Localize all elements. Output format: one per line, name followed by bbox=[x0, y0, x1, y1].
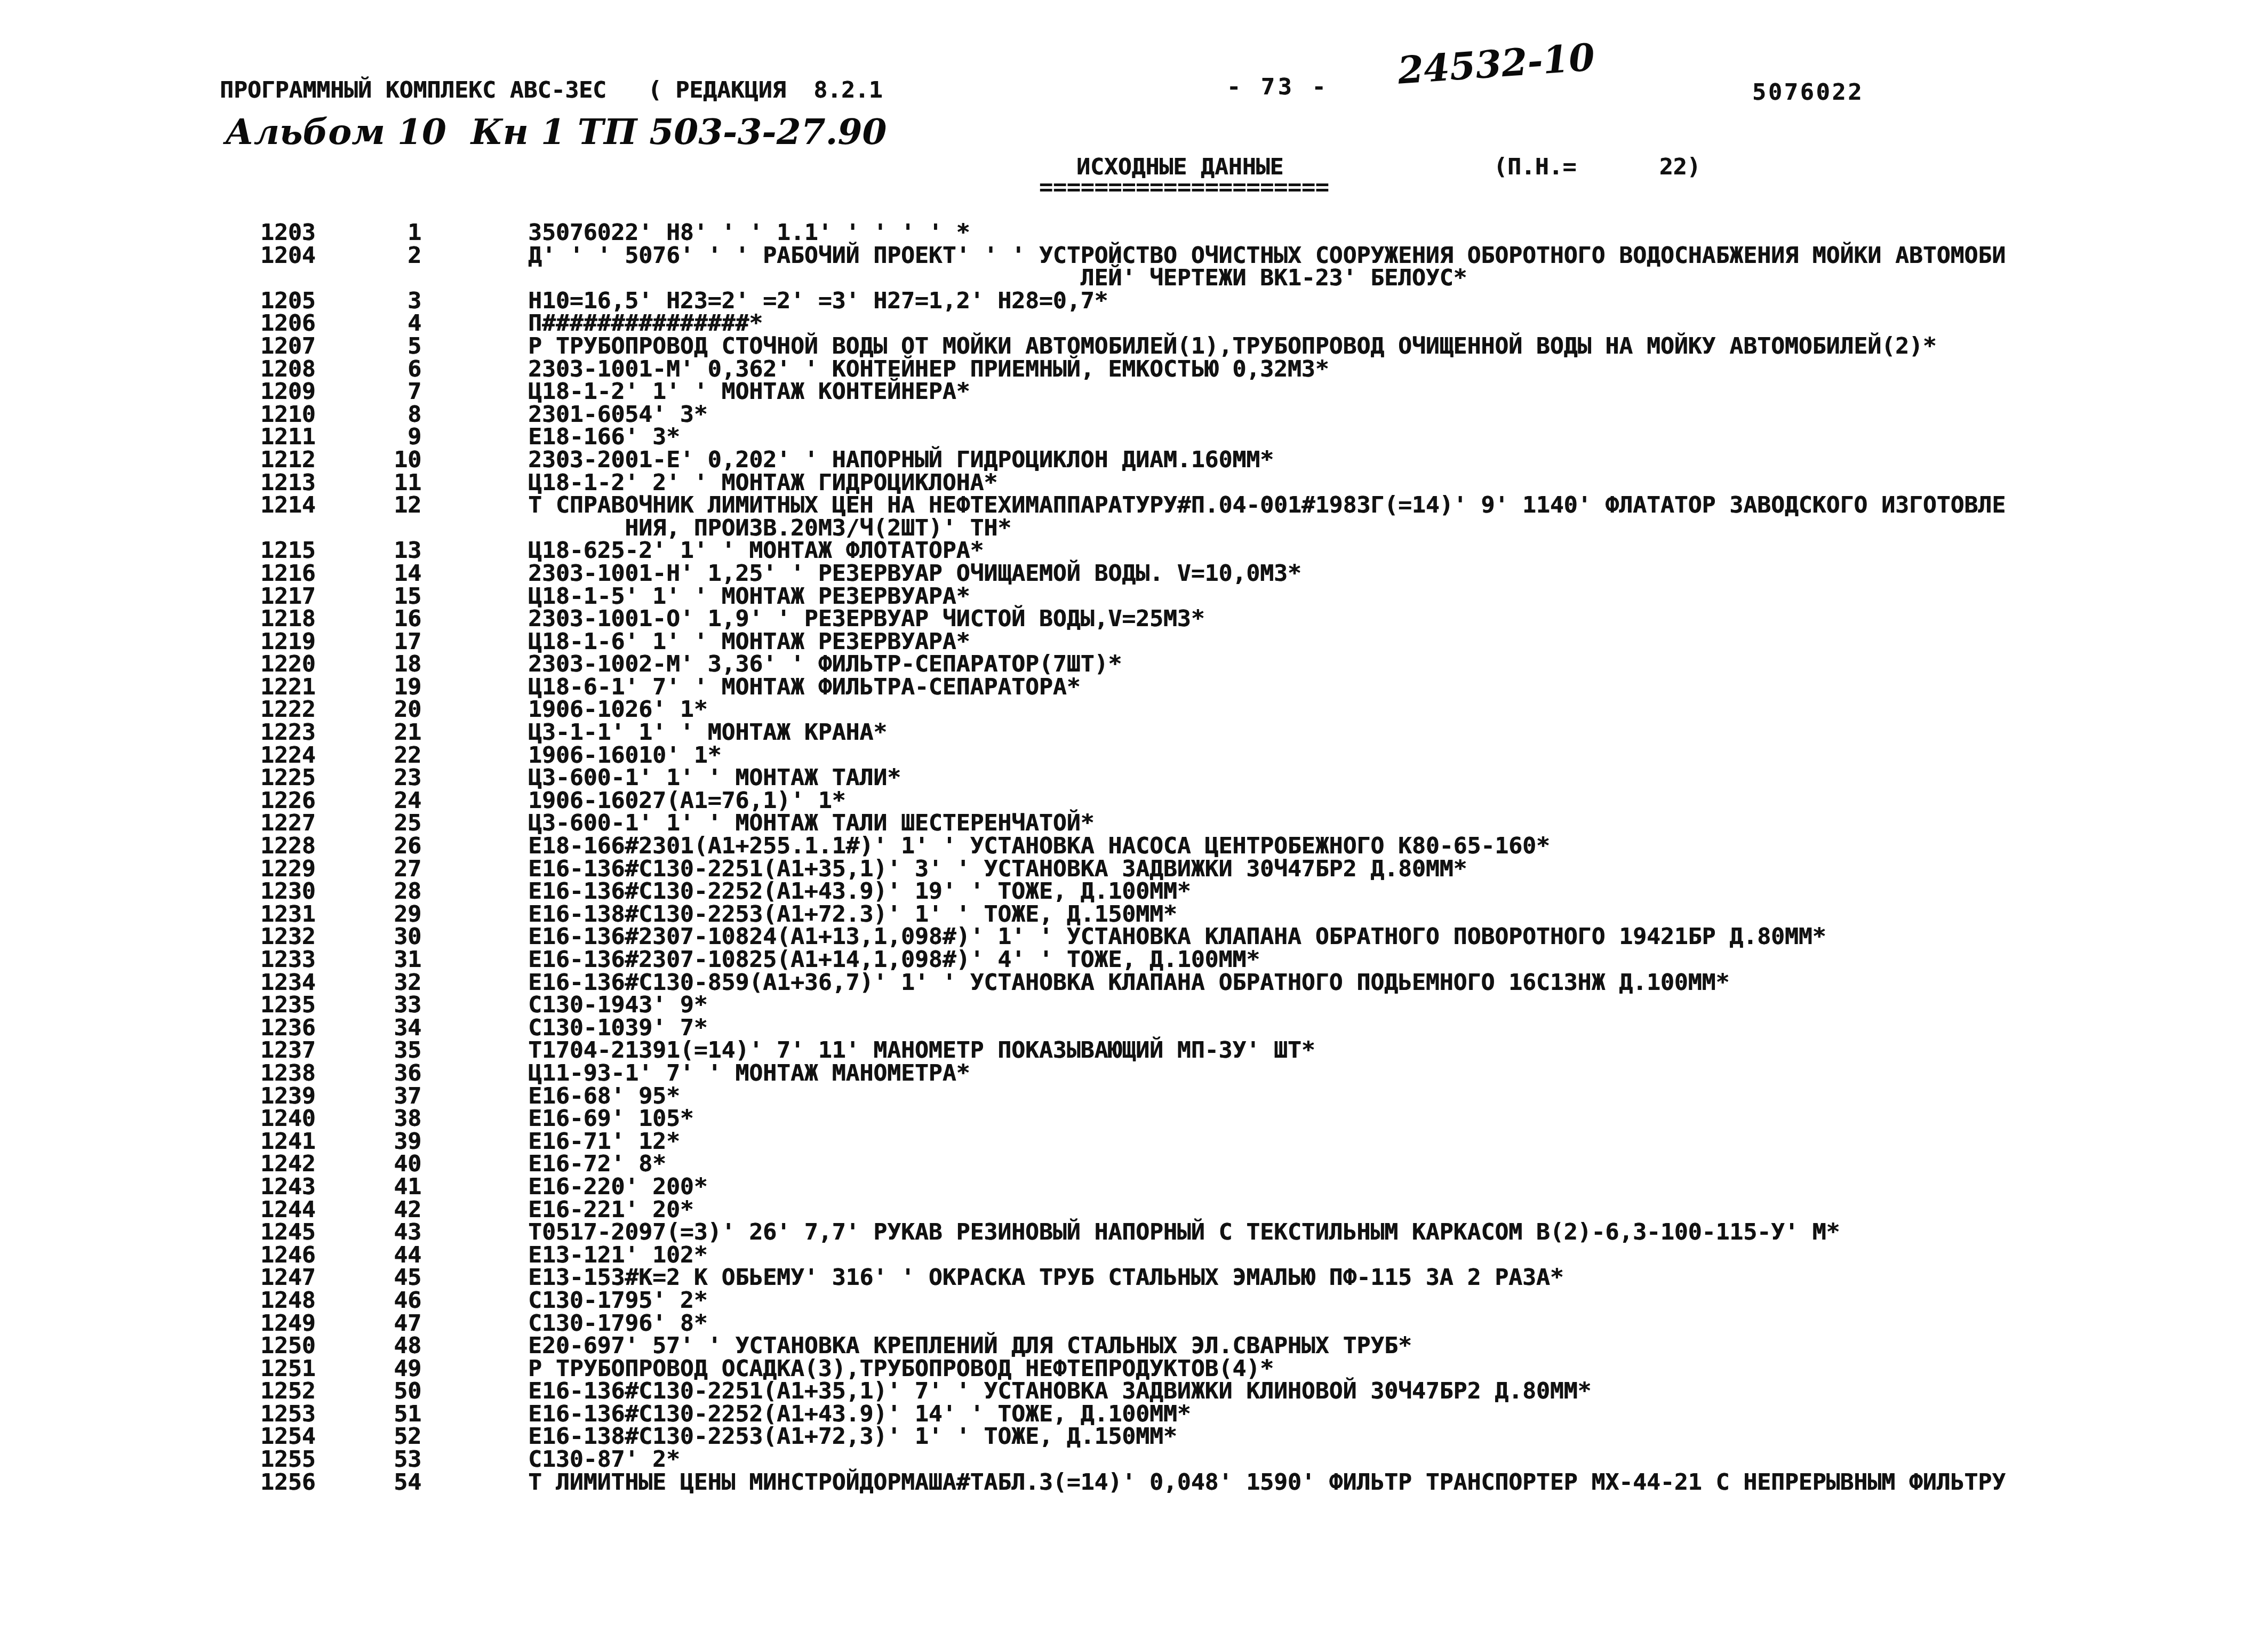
sequence-number: 33 bbox=[299, 994, 421, 1017]
line-text: Т ЛИМИТНЫЕ ЦЕНЫ МИНСТРОЙДОРМАША#ТАБЛ.3(=… bbox=[528, 1471, 2006, 1494]
line-text: 2303-1001-Н' 1,25' ' РЕЗЕРВУАР ОЧИЩАЕМОЙ… bbox=[528, 562, 1301, 585]
sequence-number: 2 bbox=[299, 244, 421, 267]
line-text: Е20-697' 57' ' УСТАНОВКА КРЕПЛЕНИЙ ДЛЯ С… bbox=[528, 1335, 1412, 1357]
sequence-number: 4 bbox=[299, 312, 421, 335]
sequence-number: 15 bbox=[299, 585, 421, 608]
line-text: Е16-72' 8* bbox=[528, 1153, 666, 1176]
sequence-number: 10 bbox=[299, 449, 421, 472]
line-text: Е16-136#2307-10824(А1+13,1,098#)' 1' ' У… bbox=[528, 925, 1826, 948]
listing-row: 124038Е16-69' 105* bbox=[0, 1107, 2268, 1130]
handwritten-album-note: Альбом 10 Кн 1 ТП 503-3-27.90 bbox=[225, 111, 887, 153]
sequence-number: 11 bbox=[299, 472, 421, 494]
line-text: ЛЕЙ' ЧЕРТЕЖИ ВК1-23' БЕЛОУС* bbox=[528, 267, 1467, 290]
line-text: НИЯ, ПРОИЗВ.20М3/Ч(2ШТ)' ТН* bbox=[528, 517, 1011, 540]
sequence-number: 41 bbox=[299, 1176, 421, 1198]
sequence-number: 47 bbox=[299, 1312, 421, 1335]
line-text: Е16-69' 105* bbox=[528, 1107, 694, 1130]
sequence-number: 30 bbox=[299, 925, 421, 948]
line-text: Е16-136#2307-10825(А1+14,1,098#)' 4' ' Т… bbox=[528, 948, 1260, 971]
listing-row: 1212102303-2001-Е' 0,202' ' НАПОРНЫЙ ГИД… bbox=[0, 449, 2268, 472]
line-text: Е16-136#С130-2252(А1+43.9)' 14' ' ТОЖЕ, … bbox=[528, 1403, 1191, 1426]
listing-row: 12064П###############* bbox=[0, 312, 2268, 335]
listing-row: 121412Т СПРАВОЧНИК ЛИМИТНЫХ ЦЕН НА НЕФТЕ… bbox=[0, 494, 2268, 517]
sequence-number: 48 bbox=[299, 1335, 421, 1357]
line-text: Ц11-93-1' 7' ' МОНТАЖ МАНОМЕТРА* bbox=[528, 1062, 970, 1085]
listing-row: 122119Ц18-6-1' 7' ' МОНТАЖ ФИЛЬТРА-СЕПАР… bbox=[0, 676, 2268, 699]
listing-row: 1218162303-1001-О' 1,9' ' РЕЗЕРВУАР ЧИСТ… bbox=[0, 608, 2268, 630]
listing-row: 124644Е13-121' 102* bbox=[0, 1244, 2268, 1267]
listing-row: 124745Е13-153#К=2 К ОБЬЕМУ' 316' ' ОКРАС… bbox=[0, 1266, 2268, 1289]
line-text: Е13-153#К=2 К ОБЬЕМУ' 316' ' ОКРАСКА ТРУ… bbox=[528, 1266, 1564, 1289]
sequence-number: 35 bbox=[299, 1039, 421, 1062]
line-text: 1906-1026' 1* bbox=[528, 698, 708, 721]
line-text: С130-1795' 2* bbox=[528, 1289, 708, 1312]
line-text: 2303-1002-М' 3,36' ' ФИЛЬТР-СЕПАРАТОР(7Ш… bbox=[528, 653, 1122, 676]
listing-row: 123230Е16-136#2307-10824(А1+13,1,098#)' … bbox=[0, 925, 2268, 948]
page-number: - 73 - bbox=[1227, 76, 1329, 99]
listing-row: 121917Ц18-1-6' 1' ' МОНТАЖ РЕЗЕРВУАРА* bbox=[0, 630, 2268, 653]
listing-row: 121082301-6054' 3* bbox=[0, 403, 2268, 426]
listing-row: 124341Е16-220' 200* bbox=[0, 1176, 2268, 1198]
sequence-number: 53 bbox=[299, 1448, 421, 1471]
sequence-number: 13 bbox=[299, 539, 421, 562]
line-text: С130-87' 2* bbox=[528, 1448, 680, 1471]
sequence-number: 7 bbox=[299, 380, 421, 403]
listing-row: 123028Е16-136#С130-2252(А1+43.9)' 19' ' … bbox=[0, 880, 2268, 903]
line-text: 35076022' Н8' ' ' 1.1' ' ' ' ' * bbox=[528, 221, 970, 244]
sequence-number: 20 bbox=[299, 698, 421, 721]
listing-row: 121513Ц18-625-2' 1' ' МОНТАЖ ФЛОТАТОРА* bbox=[0, 539, 2268, 562]
line-text: 1906-16010' 1* bbox=[528, 744, 721, 767]
sequence-number: 37 bbox=[299, 1085, 421, 1108]
sequence-number: 22 bbox=[299, 744, 421, 767]
line-text: Е16-68' 95* bbox=[528, 1085, 680, 1108]
sequence-number: 19 bbox=[299, 676, 421, 699]
listing-row: 122321Ц3-1-1' 1' ' МОНТАЖ КРАНА* bbox=[0, 721, 2268, 744]
pn-counter: (П.Н.= 22) bbox=[1494, 156, 1700, 179]
listing-row: 124240Е16-72' 8* bbox=[0, 1153, 2268, 1176]
listing-row: 1226241906-16027(А1=76,1)' 1* bbox=[0, 789, 2268, 812]
line-text: С130-1039' 7* bbox=[528, 1017, 708, 1040]
line-text: Р ТРУБОПРОВОД СТОЧНОЙ ВОДЫ ОТ МОЙКИ АВТО… bbox=[528, 335, 1937, 358]
sequence-number: 27 bbox=[299, 858, 421, 881]
sequence-number: 39 bbox=[299, 1130, 421, 1153]
listing-row: 1224221906-16010' 1* bbox=[0, 744, 2268, 767]
line-text: Ц3-1-1' 1' ' МОНТАЖ КРАНА* bbox=[528, 721, 887, 744]
listing-row: 124543Т0517-2097(=3)' 26' 7,7' РУКАВ РЕЗ… bbox=[0, 1221, 2268, 1244]
line-text: Т СПРАВОЧНИК ЛИМИТНЫХ ЦЕН НА НЕФТЕХИМАПП… bbox=[528, 494, 2006, 517]
line-text: Ц3-600-1' 1' ' МОНТАЖ ТАЛИ ШЕСТЕРЕНЧАТОЙ… bbox=[528, 812, 1094, 835]
sequence-number: 44 bbox=[299, 1244, 421, 1267]
sequence-number: 1 bbox=[299, 221, 421, 244]
sequence-number: 16 bbox=[299, 608, 421, 630]
object-code: 5076022 bbox=[1752, 81, 1864, 104]
line-text: Е16-136#С130-2251(А1+35,1)' 3' ' УСТАНОВ… bbox=[528, 858, 1467, 881]
line-text: Ц18-1-2' 1' ' МОНТАЖ КОНТЕЙНЕРА* bbox=[528, 380, 970, 403]
listing-row: 122927Е16-136#С130-2251(А1+35,1)' 3' ' У… bbox=[0, 858, 2268, 881]
sequence-number: 8 bbox=[299, 403, 421, 426]
sequence-number: 46 bbox=[299, 1289, 421, 1312]
sequence-number: 12 bbox=[299, 494, 421, 517]
program-title: ПРОГРАММНЫЙ КОМПЛЕКС АВС-3ЕС ( РЕДАКЦИЯ … bbox=[220, 79, 883, 102]
sequence-number: 50 bbox=[299, 1380, 421, 1403]
sequence-number: 3 bbox=[299, 290, 421, 313]
line-text: С130-1796' 8* bbox=[528, 1312, 708, 1335]
sequence-number: 40 bbox=[299, 1153, 421, 1176]
line-text: Е18-166' 3* bbox=[528, 426, 680, 449]
sequence-number: 24 bbox=[299, 789, 421, 812]
line-text: Е16-138#С130-2253(А1+72,3)' 1' ' ТОЖЕ, Д… bbox=[528, 1425, 1177, 1448]
line-text: Е16-136#С130-2252(А1+43.9)' 19' ' ТОЖЕ, … bbox=[528, 880, 1191, 903]
listing-row: 121311Ц18-1-2' 2' ' МОНТАЖ ГИДРОЦИКЛОНА* bbox=[0, 472, 2268, 494]
sequence-number: 43 bbox=[299, 1221, 421, 1244]
listing-row: 124947С130-1796' 8* bbox=[0, 1312, 2268, 1335]
line-text: 2303-2001-Е' 0,202' ' НАПОРНЫЙ ГИДРОЦИКЛ… bbox=[528, 449, 1274, 472]
line-text: Е16-71' 12* bbox=[528, 1130, 680, 1153]
listing-row: 125452Е16-138#С130-2253(А1+72,3)' 1' ' Т… bbox=[0, 1425, 2268, 1448]
line-text: Е16-136#С130-859(А1+36,7)' 1' ' УСТАНОВК… bbox=[528, 971, 1729, 994]
listing-row: 121715Ц18-1-5' 1' ' МОНТАЖ РЕЗЕРВУАРА* bbox=[0, 585, 2268, 608]
sequence-number: 51 bbox=[299, 1403, 421, 1426]
listing-row: 123937Е16-68' 95* bbox=[0, 1085, 2268, 1108]
section-title-underline: ===================== bbox=[1039, 176, 1329, 199]
line-text: 2303-1001-О' 1,9' ' РЕЗЕРВУАР ЧИСТОЙ ВОД… bbox=[528, 608, 1205, 630]
listing-row: 12042Д' ' ' 5076' ' ' РАБОЧИЙ ПРОЕКТ' ' … bbox=[0, 244, 2268, 267]
listing-row: 122826Е18-166#2301(А1+255.1.1#)' 1' ' УС… bbox=[0, 835, 2268, 858]
sequence-number: 45 bbox=[299, 1266, 421, 1289]
sequence-number: 52 bbox=[299, 1425, 421, 1448]
line-text: Н10=16,5' Н23=2' =2' =3' Н27=1,2' Н28=0,… bbox=[528, 290, 1108, 313]
line-text: Т1704-21391(=14)' 7' 11' МАНОМЕТР ПОКАЗЫ… bbox=[528, 1039, 1315, 1062]
listing-row: 123129Е16-138#С130-2253(А1+72.3)' 1' ' Т… bbox=[0, 903, 2268, 926]
listing-row: 120862303-1001-М' 0,362' ' КОНТЕЙНЕР ПРИ… bbox=[0, 358, 2268, 381]
listing-row: 123432Е16-136#С130-859(А1+36,7)' 1' ' УС… bbox=[0, 971, 2268, 994]
line-text: Ц3-600-1' 1' ' МОНТАЖ ТАЛИ* bbox=[528, 766, 901, 789]
sequence-number: 29 bbox=[299, 903, 421, 926]
listing-row: 12053Н10=16,5' Н23=2' =2' =3' Н27=1,2' Н… bbox=[0, 290, 2268, 313]
line-text: Р ТРУБОПРОВОД ОСАДКА(3),ТРУБОПРОВОД НЕФТ… bbox=[528, 1357, 1274, 1380]
listing-row: ЛЕЙ' ЧЕРТЕЖИ ВК1-23' БЕЛОУС* bbox=[0, 267, 2268, 290]
scanned-page: ПРОГРАММНЫЙ КОМПЛЕКС АВС-3ЕС ( РЕДАКЦИЯ … bbox=[0, 0, 2268, 1638]
listing-row: 125553С130-87' 2* bbox=[0, 1448, 2268, 1471]
listing-row: 12097Ц18-1-2' 1' ' МОНТАЖ КОНТЕЙНЕРА* bbox=[0, 380, 2268, 403]
line-text: 1906-16027(А1=76,1)' 1* bbox=[528, 789, 845, 812]
listing-row: 125250Е16-136#С130-2251(А1+35,1)' 7' ' У… bbox=[0, 1380, 2268, 1403]
sequence-number: 38 bbox=[299, 1107, 421, 1130]
listing-row: 12119Е18-166' 3* bbox=[0, 426, 2268, 449]
line-text: Е16-220' 200* bbox=[528, 1176, 708, 1198]
listing-row: 123735Т1704-21391(=14)' 7' 11' МАНОМЕТР … bbox=[0, 1039, 2268, 1062]
line-text: Е16-221' 20* bbox=[528, 1198, 694, 1221]
listing-row: 123331Е16-136#2307-10825(А1+14,1,098#)' … bbox=[0, 948, 2268, 971]
sequence-number: 36 bbox=[299, 1062, 421, 1085]
handwritten-doc-number: 24532-10 bbox=[1396, 35, 1596, 93]
sequence-number: 14 bbox=[299, 562, 421, 585]
sequence-number: 18 bbox=[299, 653, 421, 676]
line-text: Е16-136#С130-2251(А1+35,1)' 7' ' УСТАНОВ… bbox=[528, 1380, 1591, 1403]
line-text: Е18-166#2301(А1+255.1.1#)' 1' ' УСТАНОВК… bbox=[528, 835, 1550, 858]
sequence-number: 21 bbox=[299, 721, 421, 744]
listing-row: 122523Ц3-600-1' 1' ' МОНТАЖ ТАЛИ* bbox=[0, 766, 2268, 789]
sequence-number: 5 bbox=[299, 335, 421, 358]
sequence-number: 9 bbox=[299, 426, 421, 449]
line-text: Ц18-1-6' 1' ' МОНТАЖ РЕЗЕРВУАРА* bbox=[528, 630, 970, 653]
listing-row: 12075Р ТРУБОПРОВОД СТОЧНОЙ ВОДЫ ОТ МОЙКИ… bbox=[0, 335, 2268, 358]
line-text: Ц18-1-2' 2' ' МОНТАЖ ГИДРОЦИКЛОНА* bbox=[528, 472, 997, 494]
listing-row: 124442Е16-221' 20* bbox=[0, 1198, 2268, 1221]
listing-row: 124139Е16-71' 12* bbox=[0, 1130, 2268, 1153]
sequence-number: 32 bbox=[299, 971, 421, 994]
line-text: Е13-121' 102* bbox=[528, 1244, 708, 1267]
line-text: П###############* bbox=[528, 312, 763, 335]
listing-row: 123634С130-1039' 7* bbox=[0, 1017, 2268, 1040]
sequence-number: 49 bbox=[299, 1357, 421, 1380]
sequence-number: 42 bbox=[299, 1198, 421, 1221]
listing-row: 1220182303-1002-М' 3,36' ' ФИЛЬТР-СЕПАРА… bbox=[0, 653, 2268, 676]
line-text: Ц18-6-1' 7' ' МОНТАЖ ФИЛЬТРА-СЕПАРАТОРА* bbox=[528, 676, 1081, 699]
listing-rows: 1203135076022' Н8' ' ' 1.1' ' ' ' ' *120… bbox=[0, 221, 2268, 1493]
listing-row: 1222201906-1026' 1* bbox=[0, 698, 2268, 721]
line-text: 2301-6054' 3* bbox=[528, 403, 708, 426]
listing-row: 125351Е16-136#С130-2252(А1+43.9)' 14' ' … bbox=[0, 1403, 2268, 1426]
sequence-number: 6 bbox=[299, 358, 421, 381]
listing-row: 125149Р ТРУБОПРОВОД ОСАДКА(3),ТРУБОПРОВО… bbox=[0, 1357, 2268, 1380]
sequence-number: 17 bbox=[299, 630, 421, 653]
line-text: Е16-138#С130-2253(А1+72.3)' 1' ' ТОЖЕ, Д… bbox=[528, 903, 1177, 926]
sequence-number: 28 bbox=[299, 880, 421, 903]
line-text: Ц18-1-5' 1' ' МОНТАЖ РЕЗЕРВУАРА* bbox=[528, 585, 970, 608]
line-text: Т0517-2097(=3)' 26' 7,7' РУКАВ РЕЗИНОВЫЙ… bbox=[528, 1221, 1840, 1244]
sequence-number: 34 bbox=[299, 1017, 421, 1040]
line-text: Д' ' ' 5076' ' ' РАБОЧИЙ ПРОЕКТ' ' ' УСТ… bbox=[528, 244, 2006, 267]
listing-row: 122725Ц3-600-1' 1' ' МОНТАЖ ТАЛИ ШЕСТЕРЕ… bbox=[0, 812, 2268, 835]
listing-row: 123533С130-1943' 9* bbox=[0, 994, 2268, 1017]
listing-row: 124846С130-1795' 2* bbox=[0, 1289, 2268, 1312]
sequence-number: 25 bbox=[299, 812, 421, 835]
listing-row: 1203135076022' Н8' ' ' 1.1' ' ' ' ' * bbox=[0, 221, 2268, 244]
line-text: С130-1943' 9* bbox=[528, 994, 708, 1017]
listing-row: 1216142303-1001-Н' 1,25' ' РЕЗЕРВУАР ОЧИ… bbox=[0, 562, 2268, 585]
sequence-number: 23 bbox=[299, 766, 421, 789]
line-text: 2303-1001-М' 0,362' ' КОНТЕЙНЕР ПРИЕМНЫЙ… bbox=[528, 358, 1329, 381]
listing-row: НИЯ, ПРОИЗВ.20М3/Ч(2ШТ)' ТН* bbox=[0, 517, 2268, 540]
line-text: Ц18-625-2' 1' ' МОНТАЖ ФЛОТАТОРА* bbox=[528, 539, 984, 562]
sequence-number: 54 bbox=[299, 1471, 421, 1494]
listing-row: 123836Ц11-93-1' 7' ' МОНТАЖ МАНОМЕТРА* bbox=[0, 1062, 2268, 1085]
listing-row: 125048Е20-697' 57' ' УСТАНОВКА КРЕПЛЕНИЙ… bbox=[0, 1335, 2268, 1357]
sequence-number: 31 bbox=[299, 948, 421, 971]
listing-row: 125654Т ЛИМИТНЫЕ ЦЕНЫ МИНСТРОЙДОРМАША#ТА… bbox=[0, 1471, 2268, 1494]
sequence-number: 26 bbox=[299, 835, 421, 858]
